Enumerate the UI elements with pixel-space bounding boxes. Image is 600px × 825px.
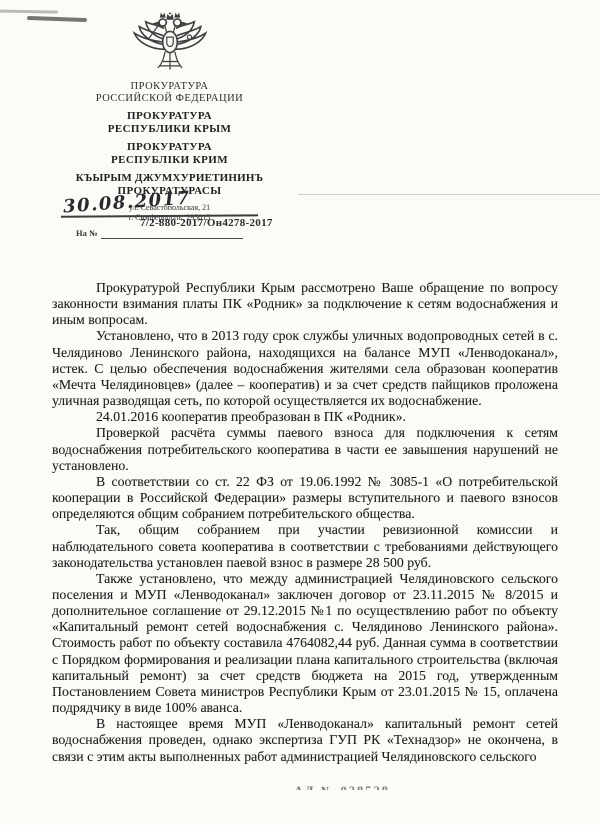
outgoing-reference-number: 7/2-880-2017/Он4278-2017 [140, 217, 273, 229]
federation-prosecutor-name-line1: ПРОКУРАТУРА [52, 81, 287, 93]
body-paragraph: В соответствии со ст. 22 ФЗ от 19.06.199… [52, 474, 558, 522]
scanned-letter-page: ПРОКУРАТУРА РОССИЙСКОЙ ФЕДЕРАЦИИ ПРОКУРА… [0, 0, 600, 825]
double-headed-eagle-emblem-icon [129, 12, 211, 77]
body-paragraph: Проверкой расчёта суммы паевого взноса д… [52, 425, 558, 473]
federation-prosecutor-name-line2: РОССИЙСКОЙ ФЕДЕРАЦИИ [52, 93, 287, 105]
body-paragraph: В настоящее время МУП «Ленводоканал» кап… [52, 716, 558, 764]
body-paragraph: 24.01.2016 кооператив преобразован в ПК … [52, 409, 558, 425]
scan-artifact-line [298, 194, 600, 195]
incoming-number-label: На № [76, 228, 98, 238]
body-paragraph: Также установлено, что между администрац… [52, 571, 558, 716]
letter-body: Прокуратурой Республики Крым рассмотрено… [52, 280, 558, 765]
org-name-ukrainian-line2: РЕСПУБЛІКИ КРИМ [52, 154, 287, 167]
org-name-russian-line2: РЕСПУБЛИКИ КРЫМ [52, 123, 287, 136]
body-paragraph: Прокуратурой Республики Крым рассмотрено… [52, 280, 558, 328]
org-name-ukrainian-line1: ПРОКУРАТУРА [52, 141, 287, 154]
incoming-number-blank-line [101, 238, 243, 239]
body-paragraph: Установлено, что в 2013 году срок службы… [52, 328, 558, 409]
org-name-crimean-tatar-line1: КЪЫРЫМ ДЖУМХУРИЕТИНИНЪ [52, 172, 287, 185]
org-name-russian-line1: ПРОКУРАТУРА [52, 110, 287, 123]
body-paragraph: Так, общим собранием при участии ревизио… [52, 522, 558, 570]
scan-artifact-smudge [0, 9, 58, 13]
blank-form-number-cropped: АД № 028528 [294, 782, 444, 790]
